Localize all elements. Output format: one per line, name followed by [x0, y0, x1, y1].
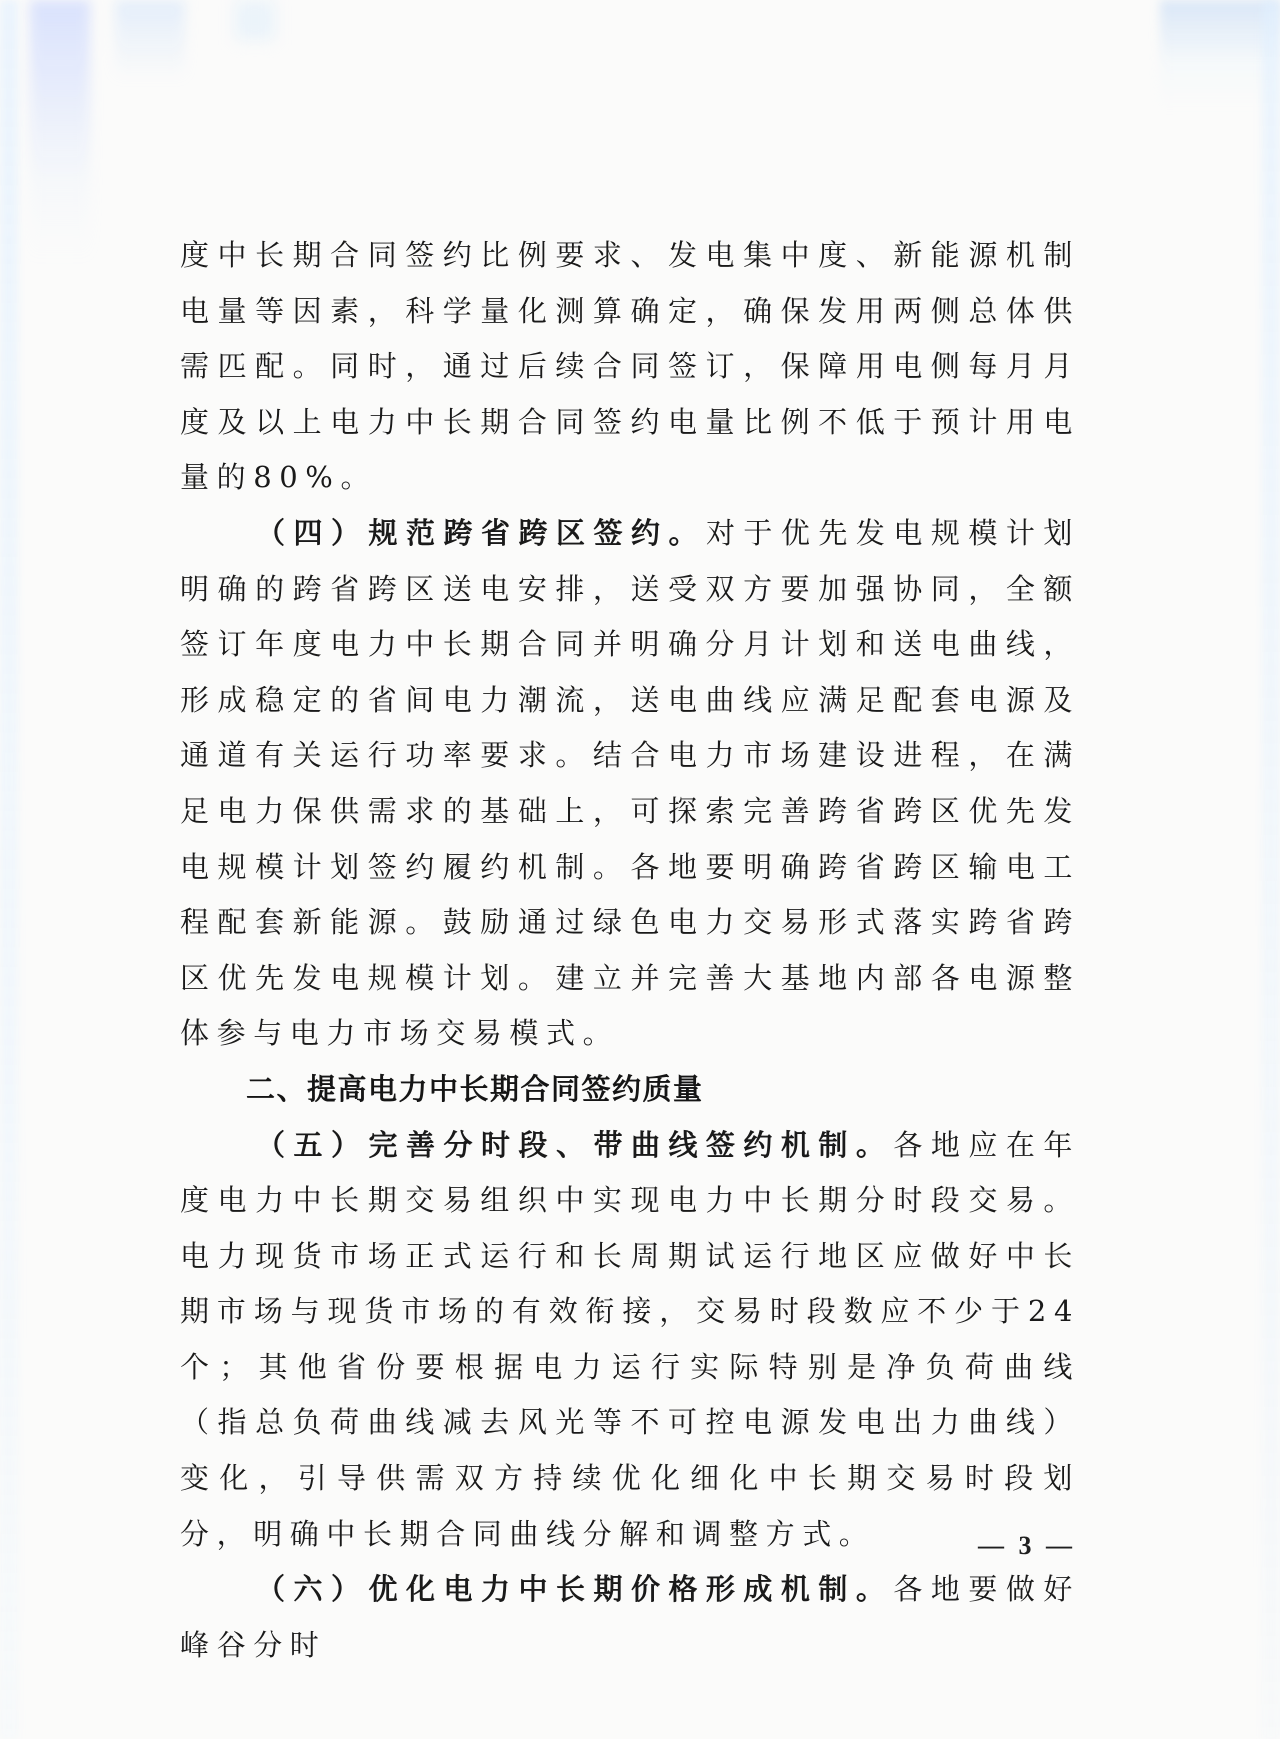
paragraph-continuation: 度中长期合同签约比例要求、发电集中度、新能源机制电量等因素，科学量化测算确定，确…: [180, 228, 1080, 506]
scan-artifact: [235, 0, 275, 40]
scan-artifact: [30, 0, 90, 260]
scan-artifact: [1160, 0, 1280, 110]
section-heading: 二、提高电力中长期合同签约质量: [180, 1062, 1080, 1118]
item-heading: （五）完善分时段、带曲线签约机制。: [256, 1128, 893, 1162]
scan-artifact: [0, 0, 18, 1739]
scan-artifact: [1262, 0, 1280, 1739]
document-page-body: 度中长期合同签约比例要求、发电集中度、新能源机制电量等因素，科学量化测算确定，确…: [180, 228, 1080, 1673]
item-heading: （四）规范跨省跨区签约。: [256, 516, 706, 550]
paragraph-text: 对于优先发电规模计划明确的跨省跨区送电安排，送受双方要加强协同，全额签订年度电力…: [180, 516, 1080, 1050]
scan-artifact: [115, 0, 185, 80]
paragraph-text: 各地应在年度电力中长期交易组织中实现电力中长期分时段交易。电力现货市场正式运行和…: [180, 1128, 1080, 1551]
item-heading: （六）优化电力中长期价格形成机制。: [256, 1572, 893, 1606]
paragraph-item-6: （六）优化电力中长期价格形成机制。各地要做好峰谷分时: [180, 1562, 1080, 1673]
paragraph-item-4: （四）规范跨省跨区签约。对于优先发电规模计划明确的跨省跨区送电安排，送受双方要加…: [180, 506, 1080, 1062]
paragraph-item-5: （五）完善分时段、带曲线签约机制。各地应在年度电力中长期交易组织中实现电力中长期…: [180, 1118, 1080, 1563]
page-number: — 3 —: [978, 1531, 1076, 1561]
paragraph-text: 度中长期合同签约比例要求、发电集中度、新能源机制电量等因素，科学量化测算确定，确…: [180, 238, 1080, 494]
